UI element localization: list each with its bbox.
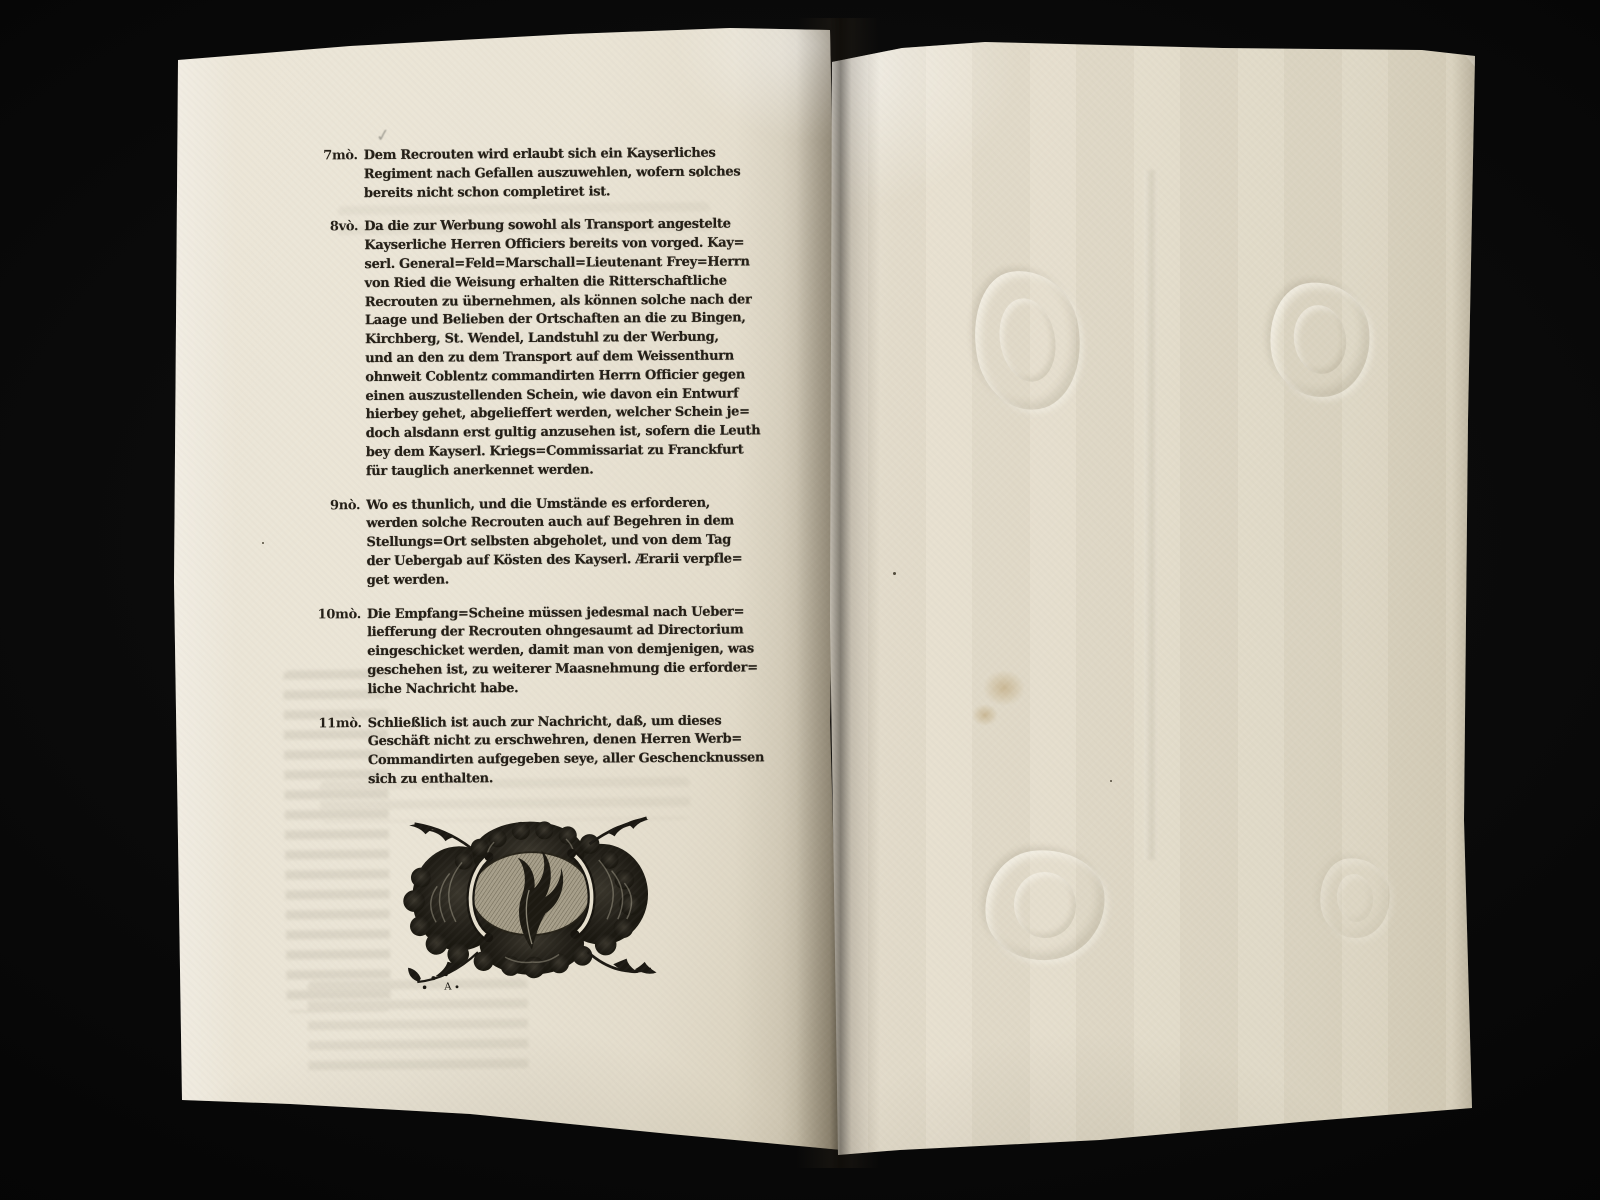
printed-text-block: 7mò.Dem Recrouten wird erlaubt sich ein …: [320, 145, 727, 805]
paragraph-number: 8vò.: [310, 220, 358, 235]
text-line: ohnweit Coblentz commandirten Herrn Offi…: [365, 366, 723, 387]
ink-speck: [262, 542, 264, 544]
text-line: Schließlich ist auch zur Nachricht, daß,…: [368, 712, 726, 733]
paragraph-number: 11mò.: [314, 716, 362, 731]
pen-checkmark: ✓: [375, 125, 392, 147]
text-line: sich zu enthalten.: [368, 768, 726, 789]
paragraph-number: 10mò.: [313, 607, 361, 622]
photograph-of-open-booklet: ✓ 7mò.Dem Recrouten wird erlaubt sich ei…: [0, 0, 1600, 1200]
right-page: [822, 20, 1478, 1170]
text-line: Geschäft nicht zu erschwehren, denen Her…: [368, 731, 726, 752]
text-line: Kirchberg, St. Wendel, Landstuhl zu der …: [365, 329, 723, 350]
ink-speck: [1110, 780, 1112, 782]
paragraph-number: 7mò.: [310, 148, 358, 163]
text-line: von Ried die Weisung erhalten die Ritter…: [365, 272, 723, 293]
text-line: get werden.: [367, 569, 725, 590]
paragraph: 7mò.Dem Recrouten wird erlaubt sich ein …: [320, 145, 722, 204]
text-line: Commandirten aufgegeben seye, aller Gesc…: [368, 750, 726, 771]
paragraph: 11mò.Schließlich ist auch zur Nachricht,…: [324, 712, 727, 790]
page-corner-fold: [1446, 28, 1476, 68]
text-line: der Uebergab auf Kösten des Kayserl. Æra…: [367, 551, 725, 572]
text-line: Recrouten zu übernehmen, als können solc…: [365, 291, 723, 312]
text-line: Kayserliche Herren Officiers bereits von…: [364, 235, 722, 256]
paragraph: 9nò.Wo es thunlich, und die Umstände es …: [322, 494, 725, 591]
ink-speck: [697, 174, 700, 177]
stain: [972, 704, 998, 726]
text-line: doch alsdann erst gultig anzusehen ist, …: [366, 423, 724, 444]
emboss-mark: [964, 262, 1092, 418]
left-page: ✓ 7mò.Dem Recrouten wird erlaubt sich ei…: [170, 22, 842, 1162]
text-line: Stellungs=Ort selbsten abgeholet, und vo…: [366, 532, 724, 553]
text-line: und an den zu dem Transport auf dem Weis…: [365, 348, 723, 369]
text-line: bey dem Kayserl. Kriegs=Commissariat zu …: [366, 442, 724, 463]
emboss-mark: [980, 845, 1109, 965]
text-line: hierbey gehet, abgelieffert werden, welc…: [366, 404, 724, 425]
text-line: eingeschicket werden, damit man von demj…: [367, 641, 725, 662]
tailpiece-ornament-vignette: A: [394, 796, 667, 995]
emboss-mark: [1316, 855, 1394, 942]
stain: [983, 670, 1025, 706]
text-line: bereits nicht schon completiret ist.: [364, 182, 722, 203]
text-line: Die Empfang=Scheine müssen jedesmal nach…: [367, 603, 725, 624]
text-line: Laage und Belieben der Ortschaften an di…: [365, 310, 723, 331]
ink-speck: [893, 572, 896, 575]
paragraph: 10mò.Die Empfang=Scheine müssen jedesmal…: [323, 603, 726, 700]
paragraph: 8vò.Da die zur Werbung sowohl als Transp…: [320, 216, 724, 482]
text-line: Dem Recrouten wird erlaubt sich ein Kays…: [364, 145, 722, 166]
text-line: liefferung der Recrouten ohngesaumt ad D…: [367, 622, 725, 643]
text-line: Regiment nach Gefallen auszuwehlen, wofe…: [364, 163, 722, 184]
text-line: Wo es thunlich, und die Umstände es erfo…: [366, 494, 724, 515]
text-line: Da die zur Werbung sowohl als Transport …: [364, 216, 722, 237]
ornament-letter-mark: A: [443, 982, 452, 993]
text-line: geschehen ist, zu weiterer Maasnehmung d…: [367, 660, 725, 681]
text-line: serl. General=Feld=Marschall=Lieutenant …: [364, 254, 722, 275]
text-line: für tauglich anerkennet werden.: [366, 460, 724, 481]
emboss-mark: [1262, 276, 1377, 404]
paragraph-number: 9nò.: [312, 498, 360, 513]
text-line: liche Nachricht habe.: [367, 678, 725, 699]
paper-crease: [1144, 170, 1158, 860]
text-line: einen auszustellenden Schein, wie davon …: [365, 385, 723, 406]
text-line: werden solche Recrouten auch auf Begehre…: [366, 513, 724, 534]
